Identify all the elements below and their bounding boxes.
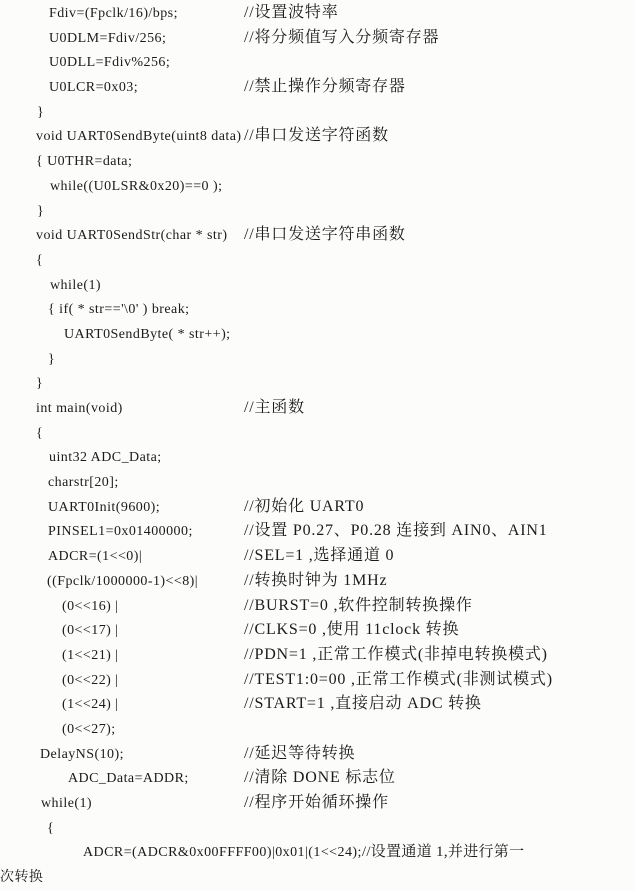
- code-text: ((Fpclk/1000000-1)<<8)|: [47, 574, 198, 589]
- code-line: { U0THR=data;: [0, 149, 635, 174]
- code-line: int main(void)//主函数: [0, 396, 635, 421]
- code-text: (0<<17) |: [62, 623, 118, 638]
- code-text: }: [37, 204, 44, 219]
- code-text: UART0SendByte( * str++);: [64, 327, 231, 342]
- comment-text: //将分频值写入分频寄存器: [244, 26, 439, 51]
- code-text: PINSEL1=0x01400000;: [48, 524, 193, 539]
- code-line: ADCR=(1<<0)|//SEL=1 ,选择通道 0: [0, 544, 635, 569]
- code-text: void UART0SendStr(char * str): [36, 228, 227, 243]
- code-text: }: [37, 105, 44, 120]
- comment-text: //设置通道 1,并进行第一: [362, 844, 525, 860]
- code-text: (1<<21) |: [62, 648, 118, 663]
- code-text: UART0Init(9600);: [48, 500, 160, 515]
- code-line: DelayNS(10);//延迟等待转换: [0, 742, 635, 767]
- code-line: {: [0, 248, 635, 273]
- code-text: {: [36, 426, 43, 441]
- code-line: while(1): [0, 273, 635, 298]
- code-text: void UART0SendByte(uint8 data): [36, 129, 242, 144]
- code-line: UART0SendByte( * str++);: [0, 322, 635, 347]
- comment-text: //设置波特率: [244, 1, 339, 26]
- code-text: while((U0LSR&0x20)==0 );: [50, 179, 222, 194]
- code-line: ADC_Data=ADDR;//清除 DONE 标志位: [0, 766, 635, 791]
- code-text: (0<<22) |: [62, 673, 118, 688]
- code-line: (0<<27);: [0, 717, 635, 742]
- code-line: }: [0, 371, 635, 396]
- code-text: Fdiv=(Fpclk/16)/bps;: [49, 6, 178, 21]
- code-text: while(1): [50, 278, 101, 293]
- code-line: while(1)//程序开始循环操作: [0, 791, 635, 816]
- code-line: }: [0, 199, 635, 224]
- code-text: { U0THR=data;: [36, 154, 132, 169]
- code-line: (1<<24) |//START=1 ,直接启动 ADC 转换: [0, 692, 635, 717]
- code-text: U0DLL=Fdiv%256;: [49, 55, 170, 70]
- code-listing: Fdiv=(Fpclk/16)/bps;//设置波特率U0DLM=Fdiv/25…: [0, 1, 635, 890]
- code-text: U0DLM=Fdiv/256;: [49, 31, 166, 46]
- code-line: { if( * str=='\0' ) break;: [0, 297, 635, 322]
- code-line: ((Fpclk/1000000-1)<<8)|//转换时钟为 1MHz: [0, 569, 635, 594]
- code-text: (0<<27);: [62, 722, 116, 737]
- code-line: (0<<22) |//TEST1:0=00 ,正常工作模式(非测试模式): [0, 668, 635, 693]
- code-line: 次转换: [0, 865, 635, 890]
- code-text: while(1): [41, 796, 92, 811]
- comment-text: //转换时钟为 1MHz: [244, 569, 387, 594]
- scanned-code-page: Fdiv=(Fpclk/16)/bps;//设置波特率U0DLM=Fdiv/25…: [0, 0, 635, 890]
- code-line: (1<<21) |//PDN=1 ,正常工作模式(非掉电转换模式): [0, 643, 635, 668]
- code-text: (1<<24) |: [62, 697, 118, 712]
- comment-text: //初始化 UART0: [244, 495, 364, 520]
- comment-text: //PDN=1 ,正常工作模式(非掉电转换模式): [244, 643, 548, 668]
- code-line: {: [0, 421, 635, 446]
- code-line: uint32 ADC_Data;: [0, 445, 635, 470]
- code-line: U0LCR=0x03;//禁止操作分频寄存器: [0, 75, 635, 100]
- code-line: void UART0SendStr(char * str)//串口发送字符串函数: [0, 223, 635, 248]
- code-text: uint32 ADC_Data;: [49, 450, 162, 465]
- code-line: Fdiv=(Fpclk/16)/bps;//设置波特率: [0, 1, 635, 26]
- code-text: int main(void): [36, 401, 123, 416]
- code-line: }: [0, 347, 635, 372]
- code-line: PINSEL1=0x01400000;//设置 P0.27、P0.28 连接到 …: [0, 519, 635, 544]
- comment-text: //主函数: [244, 396, 305, 421]
- code-line: while((U0LSR&0x20)==0 );: [0, 174, 635, 199]
- comment-text: //清除 DONE 标志位: [244, 766, 396, 791]
- code-text: ADCR=(ADCR&0x00FFFF00)|0x01|(1<<24);: [83, 845, 362, 860]
- comment-text: //延迟等待转换: [244, 742, 355, 767]
- comment-text: //串口发送字符串函数: [244, 223, 406, 248]
- comment-text: //SEL=1 ,选择通道 0: [244, 544, 394, 569]
- code-line: (0<<17) |//CLKS=0 ,使用 11clock 转换: [0, 618, 635, 643]
- comment-text: //CLKS=0 ,使用 11clock 转换: [244, 618, 459, 643]
- code-line: ADCR=(ADCR&0x00FFFF00)|0x01|(1<<24);//设置…: [0, 840, 635, 865]
- code-text: {: [47, 821, 54, 836]
- code-line: }: [0, 100, 635, 125]
- code-line: U0DLL=Fdiv%256;: [0, 50, 635, 75]
- code-text: }: [36, 376, 43, 391]
- comment-text: //禁止操作分频寄存器: [244, 75, 406, 100]
- code-text: {: [36, 253, 43, 268]
- code-line: UART0Init(9600);//初始化 UART0: [0, 495, 635, 520]
- code-text: ADCR=(1<<0)|: [48, 549, 142, 564]
- code-text: }: [48, 352, 55, 367]
- code-text: ADC_Data=ADDR;: [68, 771, 189, 786]
- comment-text: //TEST1:0=00 ,正常工作模式(非测试模式): [244, 668, 553, 693]
- code-text: charstr[20];: [48, 475, 119, 490]
- code-text: { if( * str=='\0' ) break;: [48, 302, 190, 317]
- comment-text: //BURST=0 ,软件控制转换操作: [244, 594, 473, 619]
- code-text: DelayNS(10);: [40, 747, 124, 762]
- code-line: (0<<16) |//BURST=0 ,软件控制转换操作: [0, 594, 635, 619]
- code-line: U0DLM=Fdiv/256;//将分频值写入分频寄存器: [0, 26, 635, 51]
- code-line: void UART0SendByte(uint8 data)//串口发送字符函数: [0, 124, 635, 149]
- code-line: {: [0, 816, 635, 841]
- comment-text: //START=1 ,直接启动 ADC 转换: [244, 692, 482, 717]
- code-line: charstr[20];: [0, 470, 635, 495]
- comment-text: //设置 P0.27、P0.28 连接到 AIN0、AIN1: [244, 519, 548, 544]
- code-text: 次转换: [0, 870, 43, 885]
- comment-text: //串口发送字符函数: [244, 124, 389, 149]
- comment-text: //程序开始循环操作: [244, 791, 389, 816]
- code-text: (0<<16) |: [62, 599, 118, 614]
- code-text: U0LCR=0x03;: [49, 80, 138, 95]
